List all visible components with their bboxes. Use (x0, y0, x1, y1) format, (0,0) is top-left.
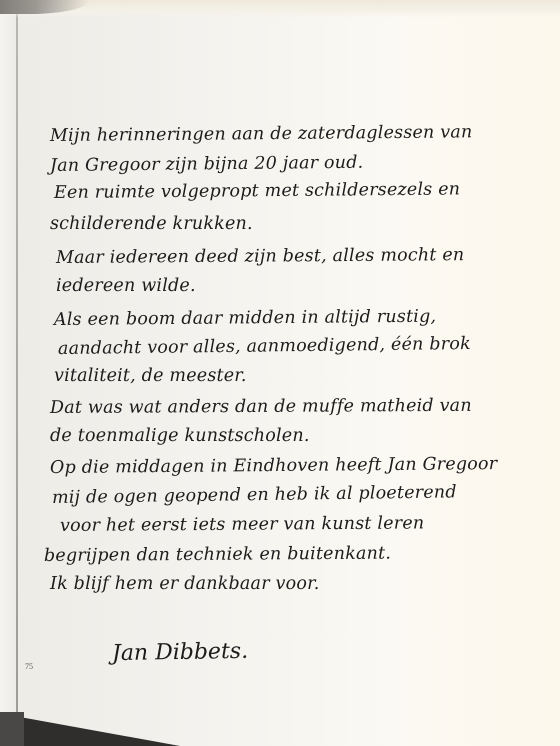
text-line: Op die middagen in Eindhoven heeft Jan G… (50, 454, 497, 478)
text-line: vitaliteit, de meester. (54, 366, 247, 386)
text-line: aandacht voor alles, aanmoedigend, één b… (58, 334, 471, 359)
text-line: Een ruimte volgepropt met schildersezels… (54, 179, 460, 203)
text-line: mij de ogen geopend en heb ik al ploeter… (52, 482, 457, 508)
page-edge-left (0, 14, 16, 714)
text-line: schilderende krukken. (50, 214, 253, 234)
page-number: 75 (25, 662, 33, 671)
bottom-left-corner (0, 712, 24, 746)
page-gutter-line (16, 14, 18, 714)
text-line: iedereen wilde. (56, 276, 196, 296)
text-line: Maar iedereen deed zijn best, alles moch… (56, 245, 464, 268)
text-line: Mijn herinneringen aan de zaterdaglessen… (50, 122, 473, 146)
text-line: voor het eerst iets meer van kunst leren (60, 513, 424, 536)
book-page-photo: Mijn herinneringen aan de zaterdaglessen… (0, 0, 560, 746)
signature: Jan Dibbets. (112, 639, 249, 666)
text-line: Ik blijf hem er dankbaar voor. (50, 574, 319, 594)
text-line: Als een boom daar midden in altijd rusti… (54, 307, 436, 330)
text-line: begrijpen dan techniek en buitenkant. (44, 544, 391, 566)
text-line: Jan Gregoor zijn bijna 20 jaar oud. (50, 153, 364, 176)
text-line: Dat was wat anders dan de muffe matheid … (50, 396, 472, 418)
bottom-left-shadow (0, 716, 180, 746)
text-line: de toenmalige kunstscholen. (50, 426, 310, 446)
